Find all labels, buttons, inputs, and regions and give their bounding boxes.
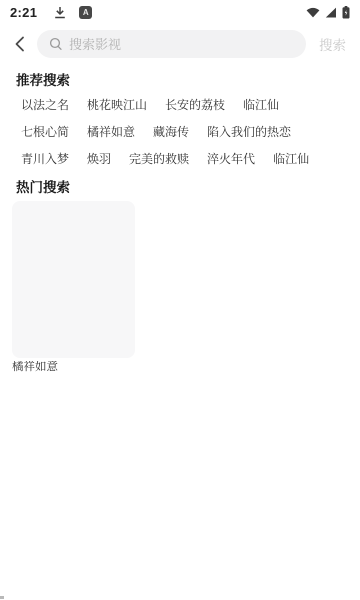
search-tag[interactable]: 以法之名: [21, 99, 69, 112]
search-tag[interactable]: 完美的救赎: [129, 153, 189, 166]
search-tag[interactable]: 青川入梦: [21, 153, 69, 166]
search-tag[interactable]: 陷入我们的热恋: [207, 126, 291, 139]
search-field[interactable]: [37, 30, 306, 58]
search-tag[interactable]: 临江仙: [243, 99, 279, 112]
poster-placeholder-image: [12, 201, 135, 358]
search-page: 2:21 A: [0, 0, 360, 600]
app-badge-icon: A: [79, 6, 92, 19]
search-tag[interactable]: 淬火年代: [207, 153, 255, 166]
search-tag[interactable]: 焕羽: [87, 153, 111, 166]
battery-icon: [342, 6, 350, 19]
search-tag[interactable]: 长安的荔枝: [165, 99, 225, 112]
search-bar: 搜索: [0, 30, 360, 58]
screen-corner-artifact: [0, 596, 4, 599]
status-time: 2:21: [10, 5, 37, 20]
back-button[interactable]: [12, 30, 34, 58]
hot-search-header: 热门搜索: [0, 180, 360, 196]
status-bar: 2:21 A: [0, 0, 360, 20]
recommended-tag-list: 以法之名桃花映江山长安的荔枝临江仙七根心简橘祥如意藏海传陷入我们的热恋青川入梦焕…: [0, 99, 360, 166]
wifi-icon: [306, 7, 320, 18]
search-tag[interactable]: 七根心简: [21, 126, 69, 139]
hot-search-item[interactable]: 橘祥如意: [12, 201, 135, 374]
recommended-search-header: 推荐搜索: [0, 73, 360, 89]
cellular-signal-icon: [325, 7, 337, 18]
search-tag[interactable]: 桃花映江山: [87, 99, 147, 112]
search-tag[interactable]: 橘祥如意: [87, 126, 135, 139]
search-icon: [49, 37, 63, 51]
search-tag[interactable]: 藏海传: [153, 126, 189, 139]
search-input[interactable]: [69, 37, 294, 52]
hot-search-list: 橘祥如意: [0, 201, 360, 374]
search-tag[interactable]: 临江仙: [273, 153, 309, 166]
search-submit-button[interactable]: 搜索: [319, 34, 346, 54]
chevron-left-icon: [12, 35, 28, 53]
hot-item-title: 橘祥如意: [12, 361, 135, 374]
download-icon: [54, 6, 66, 19]
